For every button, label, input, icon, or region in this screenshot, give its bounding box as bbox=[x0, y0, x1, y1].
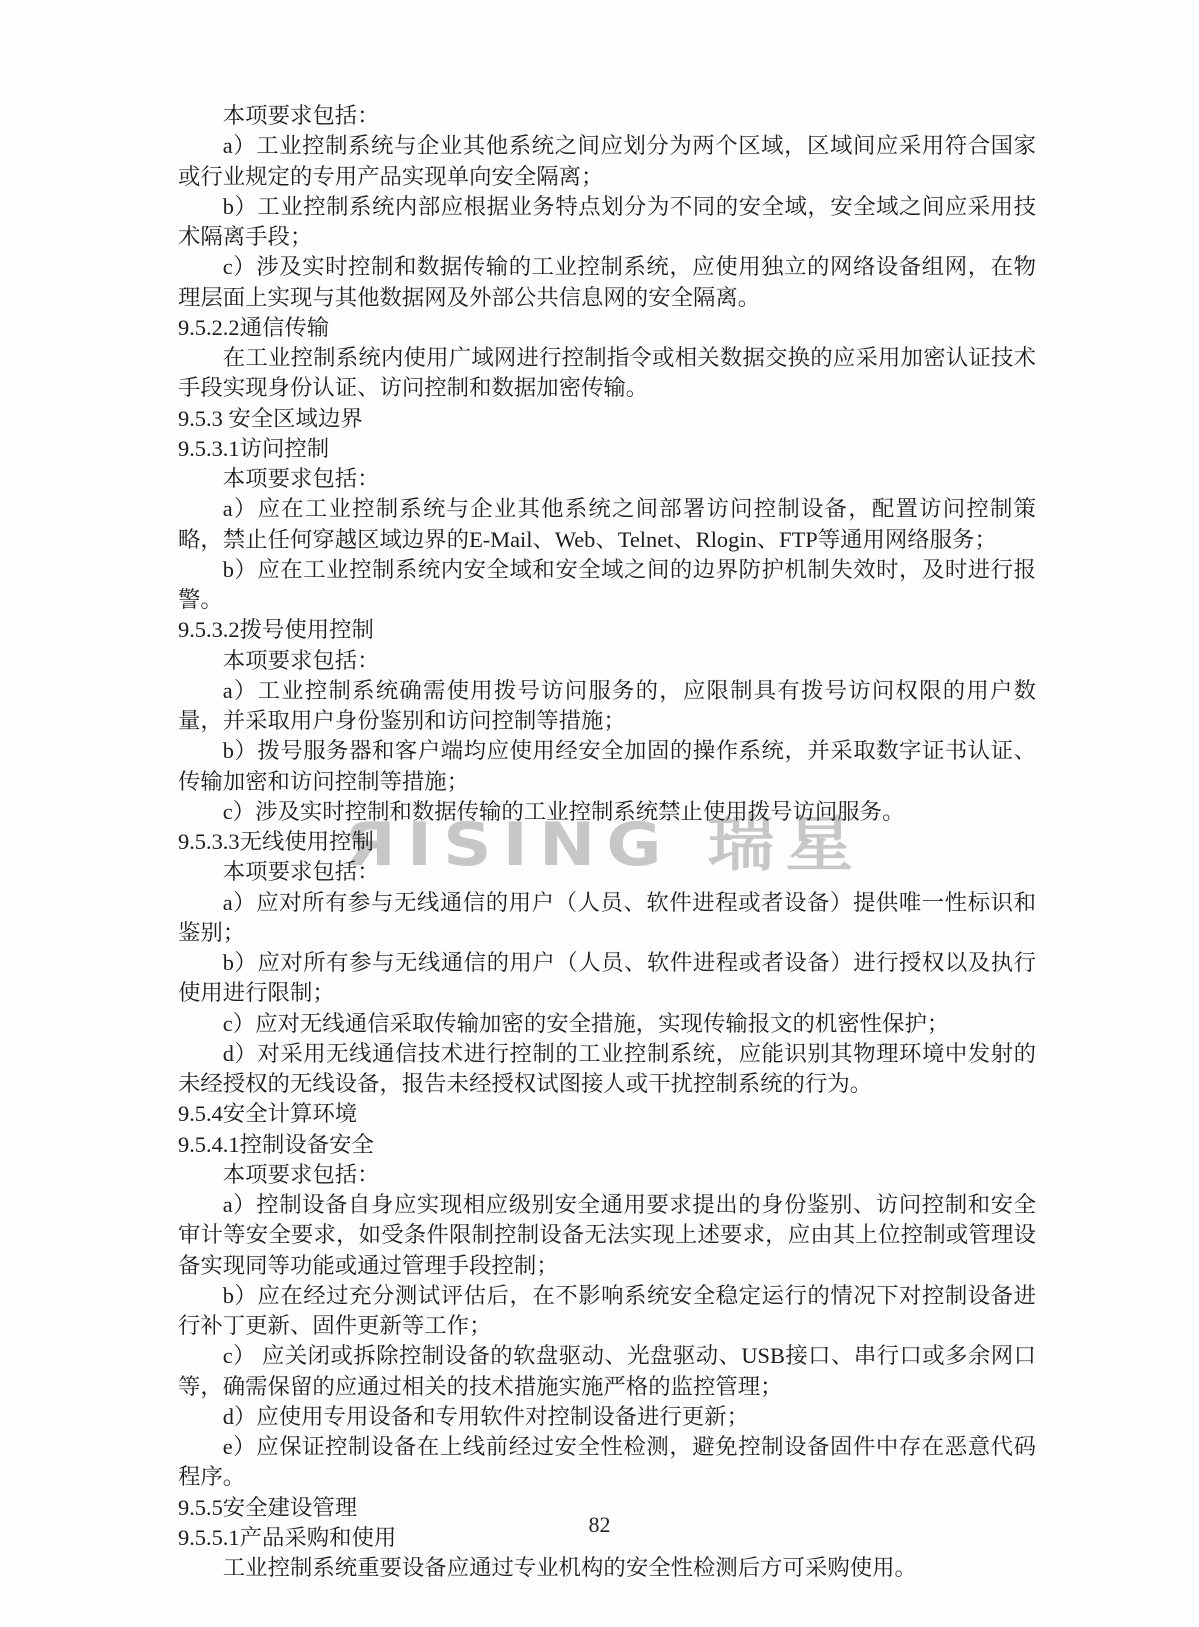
document-body: 本项要求包括： a）工业控制系统与企业其他系统之间应划分为两个区域，区域间应采用… bbox=[178, 101, 1036, 1583]
list-item-b: b）应在工业控制系统内安全域和安全域之间的边界防护机制失效时，及时进行报警。 bbox=[178, 555, 1036, 616]
paragraph: 本项要求包括： bbox=[178, 101, 1036, 131]
list-item-c: c） 应关闭或拆除控制设备的软盘驱动、光盘驱动、USB接口、串行口或多余网口等，… bbox=[178, 1341, 1036, 1402]
section-heading-9-5-3-2: 9.5.3.2拨号使用控制 bbox=[178, 615, 1036, 645]
section-heading-9-5-3: 9.5.3 安全区域边界 bbox=[178, 404, 1036, 434]
list-item-c: c）应对无线通信采取传输加密的安全措施，实现传输报文的机密性保护； bbox=[178, 1009, 1036, 1039]
paragraph: 在工业控制系统内使用广域网进行控制指令或相关数据交换的应采用加密认证技术手段实现… bbox=[178, 343, 1036, 404]
paragraph: 本项要求包括： bbox=[178, 1160, 1036, 1190]
section-heading-9-5-2-2: 9.5.2.2通信传输 bbox=[178, 313, 1036, 343]
document-page: ЯISING 瑞星 本项要求包括： a）工业控制系统与企业其他系统之间应划分为两… bbox=[0, 0, 1199, 1627]
paragraph: 本项要求包括： bbox=[178, 857, 1036, 887]
list-item-c: c）涉及实时控制和数据传输的工业控制系统禁止使用拨号访问服务。 bbox=[178, 797, 1036, 827]
section-heading-9-5-3-3: 9.5.3.3无线使用控制 bbox=[178, 827, 1036, 857]
list-item-b: b）应在经过充分测试评估后，在不影响系统安全稳定运行的情况下对控制设备进行补丁更… bbox=[178, 1281, 1036, 1342]
paragraph: 工业控制系统重要设备应通过专业机构的安全性检测后方可采购使用。 bbox=[178, 1553, 1036, 1583]
list-item-a: a）应对所有参与无线通信的用户（人员、软件进程或者设备）提供唯一性标识和鉴别； bbox=[178, 888, 1036, 949]
list-item-b: b）拨号服务器和客户端均应使用经安全加固的操作系统，并采取数字证书认证、传输加密… bbox=[178, 736, 1036, 797]
paragraph: 本项要求包括： bbox=[178, 464, 1036, 494]
list-item-b: b）应对所有参与无线通信的用户（人员、软件进程或者设备）进行授权以及执行使用进行… bbox=[178, 948, 1036, 1009]
section-heading-9-5-3-1: 9.5.3.1访问控制 bbox=[178, 434, 1036, 464]
list-item-b: b）工业控制系统内部应根据业务特点划分为不同的安全域，安全域之间应采用技术隔离手… bbox=[178, 192, 1036, 253]
list-item-a: a）工业控制系统确需使用拨号访问服务的，应限制具有拨号访问权限的用户数量，并采取… bbox=[178, 676, 1036, 737]
list-item-a: a）工业控制系统与企业其他系统之间应划分为两个区域，区域间应采用符合国家或行业规… bbox=[178, 131, 1036, 192]
section-heading-9-5-4-1: 9.5.4.1控制设备安全 bbox=[178, 1130, 1036, 1160]
list-item-e: e）应保证控制设备在上线前经过安全性检测，避免控制设备固件中存在恶意代码程序。 bbox=[178, 1432, 1036, 1493]
paragraph: 本项要求包括： bbox=[178, 646, 1036, 676]
list-item-a: a）应在工业控制系统与企业其他系统之间部署访问控制设备，配置访问控制策略，禁止任… bbox=[178, 494, 1036, 555]
list-item-a: a）控制设备自身应实现相应级别安全通用要求提出的身份鉴别、访问控制和安全审计等安… bbox=[178, 1190, 1036, 1281]
page-number: 82 bbox=[0, 1512, 1199, 1538]
list-item-d: d）应使用专用设备和专用软件对控制设备进行更新； bbox=[178, 1402, 1036, 1432]
list-item-c: c）涉及实时控制和数据传输的工业控制系统，应使用独立的网络设备组网，在物理层面上… bbox=[178, 252, 1036, 313]
list-item-d: d）对采用无线通信技术进行控制的工业控制系统，应能识别其物理环境中发射的未经授权… bbox=[178, 1039, 1036, 1100]
section-heading-9-5-4: 9.5.4安全计算环境 bbox=[178, 1099, 1036, 1129]
